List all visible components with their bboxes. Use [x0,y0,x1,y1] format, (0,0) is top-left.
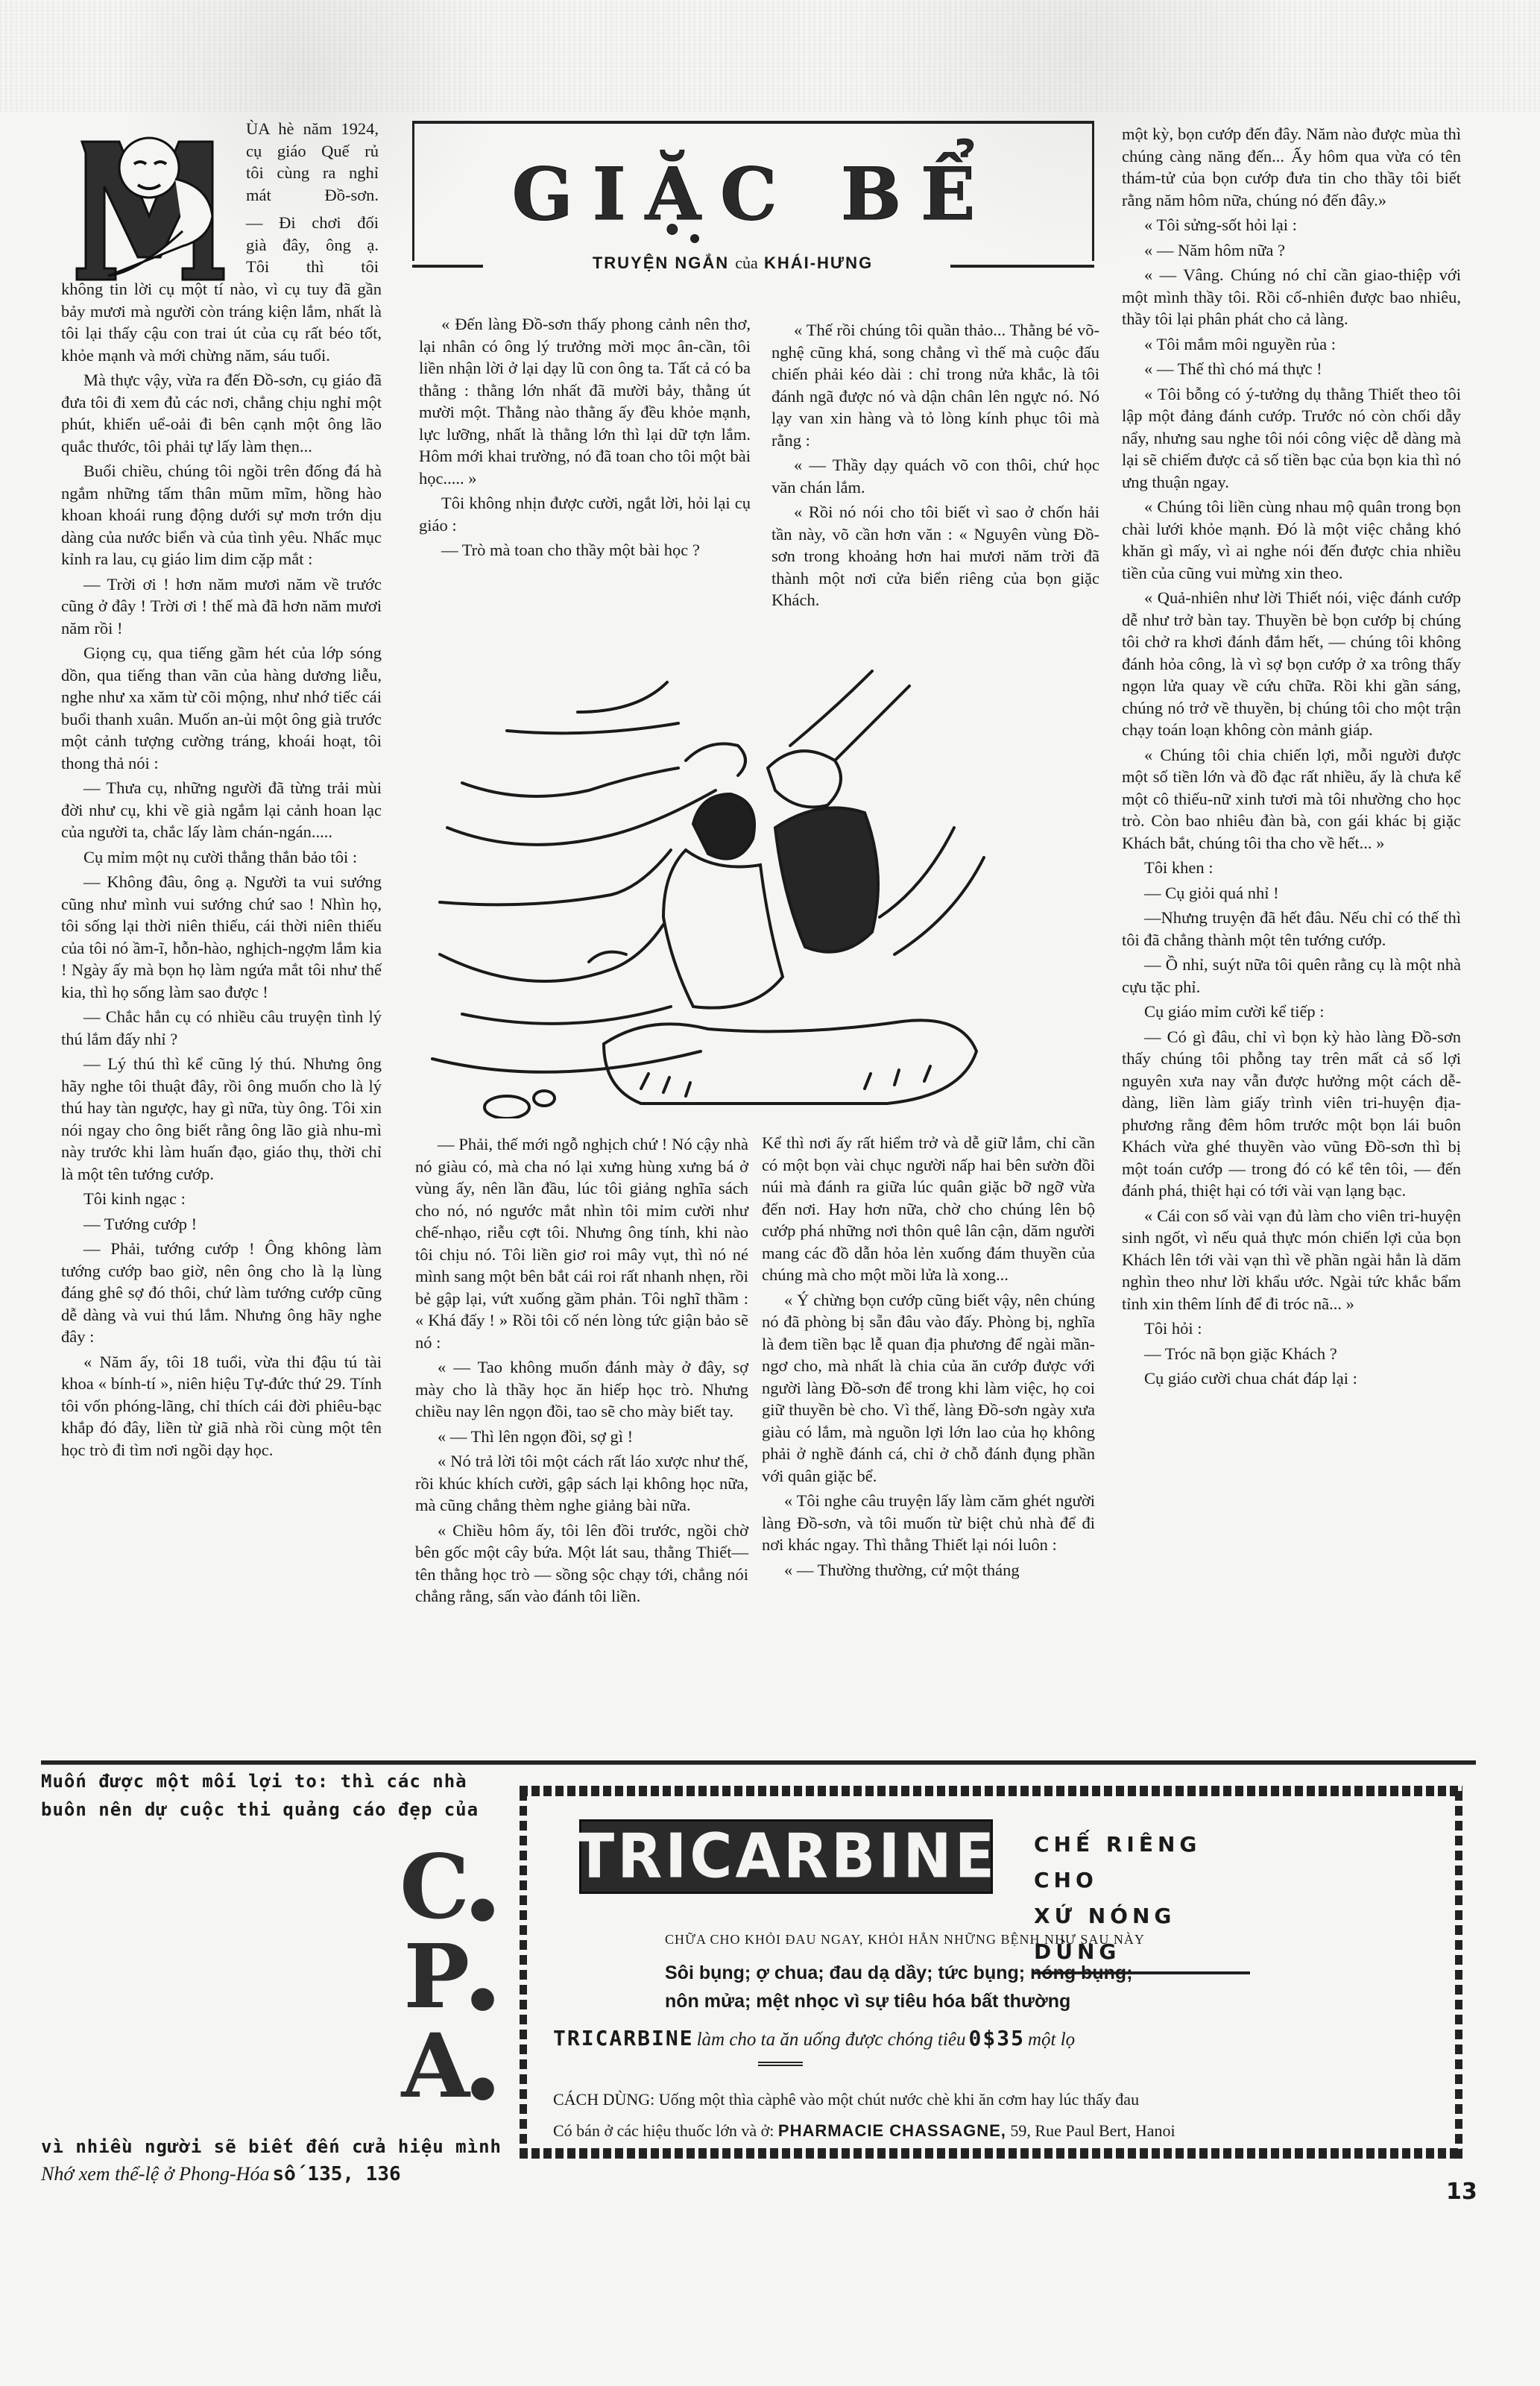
paragraph: « Chúng tôi chia chiến lợi, mỗi người đư… [1122,744,1461,854]
ad-border-left [520,1786,527,2159]
cpa-advertisement: Muốn được một mối lợi to: thì các nhà bu… [41,1771,488,1820]
byline-of: của [735,254,758,272]
dropcap-illustration-m [63,127,235,287]
cpa-line-2: buôn nên dự cuộc thi quảng cáo đẹp của [41,1799,488,1820]
tricarbine-claim: TRICARBINE làm cho ta ăn uống được chóng… [553,2026,1075,2050]
paragraph: không tin lời cụ một tí nào, vì cụ tuy đ… [61,278,382,366]
paragraph: « — Vâng. Chúng nó chỉ cần giao-thiệp vớ… [1122,264,1461,330]
paragraph: Tôi kinh ngạc : [61,1188,382,1210]
tricarbine-subheading: CHỮA CHO KHỎI ĐAU NGAY, KHỎI HẲN NHỮNG B… [665,1932,1145,1948]
paragraph: Tôi không nhịn được cười, ngắt lời, hỏi … [419,492,751,536]
column-3-bottom: Kể thì nơi ấy rất hiểm trở và dễ giữ lắm… [762,1132,1095,1584]
page-number: 13 [1446,2179,1477,2205]
cpa-reference: Nhớ xem thể-lệ ở Phong-Hóa [41,2163,269,2185]
paragraph: — Ồ nhỉ, suýt nữa tôi quên rằng cụ là mộ… [1122,954,1461,998]
paragraph: Buổi chiều, chúng tôi ngồi trên đống đá … [61,460,382,570]
paragraph: « Ý chừng bọn cướp cũng biết vậy, nên ch… [762,1289,1095,1488]
pharmacy-name: PHARMACIE CHASSAGNE, [778,2121,1006,2140]
intro-line: Tôi thì tôi [246,256,379,278]
cpa-issue-numbers: số 135, 136 [272,2163,400,2185]
tricarbine-symptoms: Sôi bụng; ợ chua; đau dạ dầy; tức bụng; … [665,1959,1132,2015]
ad-border-top [520,1786,1462,1796]
column-4: một kỳ, bọn cướp đến đây. Năm nào được m… [1122,123,1461,1393]
paragraph: — Có gì đâu, chỉ vì bọn kỳ hào làng Đồ-s… [1122,1026,1461,1202]
byline: TRUYỆN NGẮN của KHÁI-HƯNG [531,254,934,273]
paragraph: « Cái con số vài vạn đủ làm cho viên tri… [1122,1205,1461,1315]
paragraph: Mà thực vậy, vừa ra đến Đồ-sơn, cụ giáo … [61,369,382,457]
byline-rule-right [950,265,1094,268]
paragraph: « — Thì lên ngọn đồi, sợ gì ! [415,1426,748,1448]
pharmacy-address: 59, Rue Paul Bert, Hanoi [1010,2121,1175,2140]
paragraph: — Chắc hẳn cụ có nhiều câu truyện tình l… [61,1006,382,1050]
cpa-letter: A● [362,2032,496,2121]
paragraph: « Năm ấy, tôi 18 tuổi, vừa thi đậu tú tà… [61,1351,382,1461]
paragraph: một kỳ, bọn cướp đến đây. Năm nào được m… [1122,123,1461,211]
story-title-box: GIẶC BỂ [412,121,1094,261]
paragraph: « — Tao không muốn đánh mày ở đây, sợ mà… [415,1356,748,1423]
paragraph: — Trời ơi ! hơn năm mươi năm về trước cũ… [61,573,382,640]
column-2-top: « Đến làng Đồ-sơn thấy phong cảnh nên th… [419,313,751,564]
cpa-line-4: Nhớ xem thể-lệ ở Phong-Hóa số 135, 136 [41,2163,488,2185]
paragraph: — Tướng cướp ! [61,1213,382,1236]
sold-at-line: Có bán ở các hiệu thuốc lớn và ở: PHARMA… [553,2115,1175,2147]
intro-line: ÙA hè năm 1924, [246,118,379,140]
usage-instructions: CÁCH DÙNG: Uống một thìa càphê vào một c… [553,2084,1175,2115]
paragraph: « Tôi nghe câu truyện lấy làm căm ghét n… [762,1490,1095,1556]
cpa-bottom: vì nhiều người sẽ biết đến cửa hiệu mình… [41,2136,488,2185]
byline-rule-left [412,265,483,268]
cpa-line-3: vì nhiều người sẽ biết đến cửa hiệu mình [41,2136,488,2157]
paragraph: « Rồi nó nói cho tôi biết vì sao ở chốn … [771,501,1099,611]
paragraph: — Không đâu, ông ạ. Người ta vui sướng c… [61,871,382,1003]
claim-brand: TRICARBINE [553,2026,694,2050]
paragraph: « — Thường thường, cứ một tháng [762,1559,1095,1581]
paragraph: « Chiều hôm ấy, tôi lên đồi trước, ngồi … [415,1520,748,1608]
paragraph: « Tôi mắm môi nguyền rủa : [1122,333,1461,356]
column-3-top: « Thế rồi chúng tôi quần thảo... Thằng b… [771,319,1099,614]
story-illustration [417,656,1088,1118]
paragraph: « Chúng tôi liền cùng nhau mộ quân trong… [1122,496,1461,584]
cpa-line-1: Muốn được một mối lợi to: thì các nhà [41,1771,488,1792]
cpa-letters: C● P● A● [362,1853,496,2121]
paragraph: « Tôi bỗng có ý-tưởng dụ thằng Thiết the… [1122,383,1461,494]
intro-line: già đây, ông ạ. [246,234,379,256]
paragraph: « — Năm hôm nữa ? [1122,239,1461,262]
paragraph: Tôi khen : [1122,857,1461,879]
paragraph: — Phải, tướng cướp ! Ông không làm tướng… [61,1238,382,1348]
symptoms-line-1: Sôi bụng; ợ chua; đau dạ dầy; tức bụng; … [665,1959,1132,1987]
paragraph: —Nhưng truyện đã hết đâu. Nếu chỉ có thế… [1122,907,1461,951]
paragraph: « Tôi sửng-sốt hỏi lại : [1122,214,1461,236]
story-title: GIẶC BỂ [414,152,1092,236]
author-name: KHÁI-HƯNG [764,254,873,272]
claim-text: làm cho ta ăn uống được chóng tiêu [697,2030,966,2050]
price: 0$35 [969,2026,1025,2050]
paragraph: Cụ giáo cười chua chát đáp lại : [1122,1367,1461,1390]
title-dot-below [690,234,699,243]
slogan-line-1: CHẾ RIÊNG CHO [1034,1827,1250,1898]
double-rule [758,2062,803,2066]
paragraph: Tôi hỏi : [1122,1318,1461,1340]
ad-border-right [1455,1786,1462,2159]
tricarbine-usage: CÁCH DÙNG: Uống một thìa càphê vào một c… [553,2084,1175,2147]
paragraph: « Nó trả lời tôi một cách rất láo xược n… [415,1450,748,1517]
column-2-bottom: — Phải, thế mới ngỗ nghịch chứ ! Nó cậy … [415,1133,748,1611]
tricarbine-logo-text: TRICARBINE [575,1822,997,1892]
intro-line: — Đi chơi đối [246,212,379,234]
paragraph: « — Thầy dạy quách võ con thôi, chứ học … [771,454,1099,498]
paragraph: Kể thì nơi ấy rất hiểm trở và dễ giữ lắm… [762,1132,1095,1286]
paragraph: — Tróc nã bọn giặc Khách ? [1122,1343,1461,1365]
paragraph: « Quả-nhiên như lời Thiết nói, việc đánh… [1122,587,1461,741]
paragraph: Cụ mỉm một nụ cười thẳng thắn bảo tôi : [61,846,382,869]
tricarbine-slogan: CHẾ RIÊNG CHO XỨ NÓNG DÙNG [1034,1827,1250,1974]
intro-line: mát Đồ-sơn. [246,184,379,207]
scan-noise [0,0,1540,112]
illustration-sea-figures-icon [417,656,1088,1118]
ad-section-rule [41,1760,1476,1765]
price-unit: một lọ [1028,2030,1075,2050]
paragraph: — Lý thú thì kể cũng lý thú. Nhưng ông h… [61,1053,382,1185]
paragraph: — Trò mà toan cho thầy một bài học ? [419,539,751,561]
intro-line: tôi cùng ra nghỉ [246,162,379,184]
symptoms-line-2: nôn mửa; mệt nhọc vì sự tiêu hóa bất thư… [665,1987,1132,2015]
dropcap-m-icon [63,127,235,287]
byline-row: TRUYỆN NGẮN của KHÁI-HƯNG [412,252,1094,282]
paragraph: « Đến làng Đồ-sơn thấy phong cảnh nên th… [419,313,751,489]
paragraph: « — Thế thì chó má thực ! [1122,358,1461,380]
intro-line: cụ giáo Quế rủ [246,140,379,163]
newspaper-page: ÙA hè năm 1924, cụ giáo Quế rủ tôi cùng … [0,0,1540,2386]
byline-prefix: TRUYỆN NGẮN [593,254,729,272]
sold-at: Có bán ở các hiệu thuốc lớn và ở: [553,2121,774,2140]
paragraph: Cụ giáo mỉm cười kể tiếp : [1122,1001,1461,1023]
paragraph: — Cụ giỏi quá nhỉ ! [1122,882,1461,904]
paragraph: — Phải, thế mới ngỗ nghịch chứ ! Nó cậy … [415,1133,748,1353]
paragraph: Giọng cụ, qua tiếng gầm hét của lớp sóng… [61,642,382,774]
paragraph: « Thế rồi chúng tôi quần thảo... Thằng b… [771,319,1099,451]
paragraph: — Thưa cụ, những người đã từng trải mùi … [61,777,382,843]
ad-border-bottom [520,2148,1462,2159]
tricarbine-advertisement: TRICARBINE CHẾ RIÊNG CHO XỨ NÓNG DÙNG CH… [520,1786,1462,2159]
intro-lines: ÙA hè năm 1924, cụ giáo Quế rủ tôi cùng … [246,118,379,278]
tricarbine-logo: TRICARBINE [579,1819,993,1894]
column-1: không tin lời cụ một tí nào, vì cụ tuy đ… [61,278,382,1464]
